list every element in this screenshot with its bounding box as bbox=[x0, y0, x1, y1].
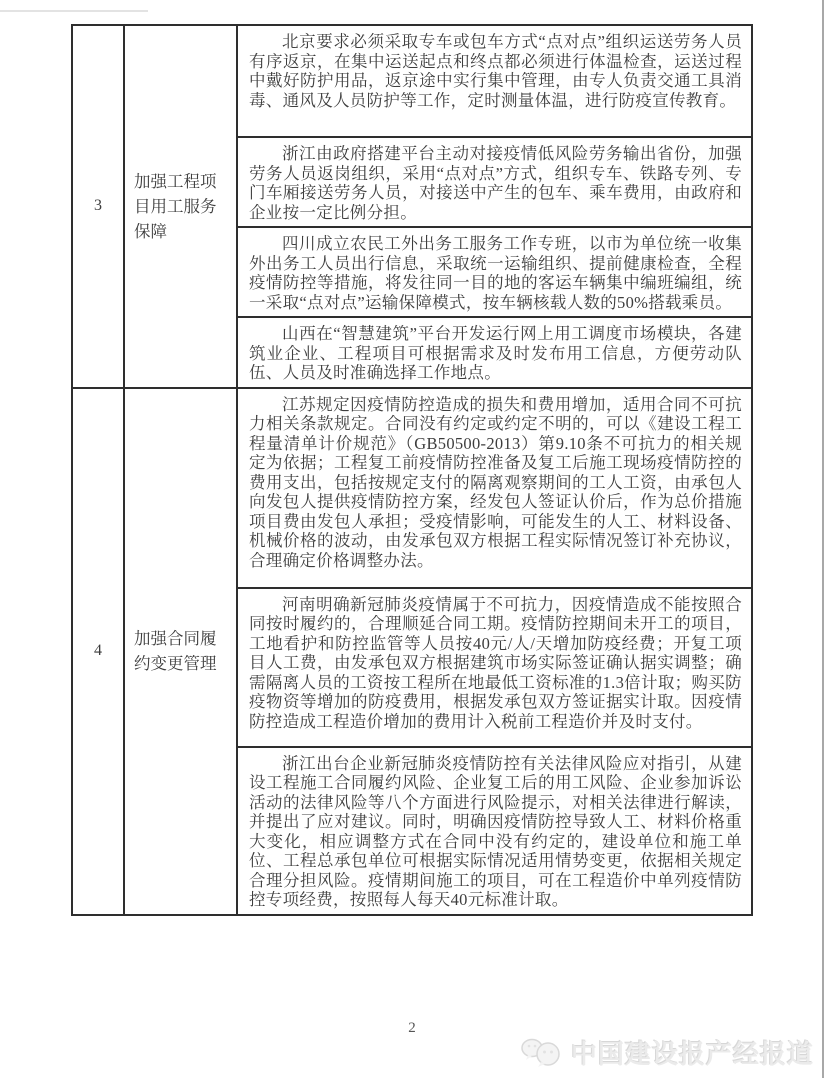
table-row: 4 加强合同履约变更管理 江苏规定因疫情防控造成的损失和费用增加，适用合同不可抗… bbox=[73, 387, 751, 914]
page-top-edge-line bbox=[0, 10, 148, 12]
page-number: 2 bbox=[71, 1020, 753, 1037]
entry-jiangsu: 江苏规定因疫情防控造成的损失和费用增加，适用合同不可抗力相关条款规定。合同没有约… bbox=[238, 389, 751, 589]
row-category-cell: 加强工程项目用工服务保障 bbox=[125, 26, 238, 387]
publisher-watermark: 中国建设报产经报道 bbox=[519, 1034, 814, 1071]
table-row: 3 加强工程项目用工服务保障 北京要求必须采取专车或包车方式“点对点”组织运送劳… bbox=[73, 26, 751, 387]
row-content-column: 北京要求必须采取专车或包车方式“点对点”组织运送劳务人员有序返京，在集中运送起点… bbox=[238, 26, 751, 387]
row-category-cell: 加强合同履约变更管理 bbox=[125, 389, 238, 914]
entry-shanxi: 山西在“智慧建筑”平台开发运行网上用工调度市场模块，各建筑业企业、工程项目可根据… bbox=[238, 318, 751, 387]
entry-beijing: 北京要求必须采取专车或包车方式“点对点”组织运送劳务人员有序返京，在集中运送起点… bbox=[238, 26, 751, 138]
entry-sichuan: 四川成立农民工外出务工服务工作专班，以市为单位统一收集外出务工人员出行信息，采取… bbox=[238, 228, 751, 318]
row-number-cell: 3 bbox=[73, 26, 125, 387]
row-number-cell: 4 bbox=[73, 389, 125, 914]
document-page: 3 加强工程项目用工服务保障 北京要求必须采取专车或包车方式“点对点”组织运送劳… bbox=[0, 0, 828, 1078]
entry-zhejiang-contract: 浙江出台企业新冠肺炎疫情防控有关法律风险应对指引，从建设工程施工合同履约风险、企… bbox=[238, 748, 751, 914]
entry-zhejiang-labor: 浙江由政府搭建平台主动对接疫情低风险劳务输出省份，加强劳务人员返岗组织，采用“点… bbox=[238, 138, 751, 228]
policy-measures-table: 3 加强工程项目用工服务保障 北京要求必须采取专车或包车方式“点对点”组织运送劳… bbox=[71, 24, 753, 916]
row-content-column: 江苏规定因疫情防控造成的损失和费用增加，适用合同不可抗力相关条款规定。合同没有约… bbox=[238, 389, 751, 914]
wechat-logo-icon bbox=[519, 1035, 563, 1071]
page-right-edge-line bbox=[822, 0, 824, 1078]
watermark-text: 中国建设报产经报道 bbox=[571, 1034, 814, 1071]
entry-henan: 河南明确新冠肺炎疫情属于不可抗力，因疫情造成不能按照合同按时履约的，合理顺延合同… bbox=[238, 589, 751, 748]
